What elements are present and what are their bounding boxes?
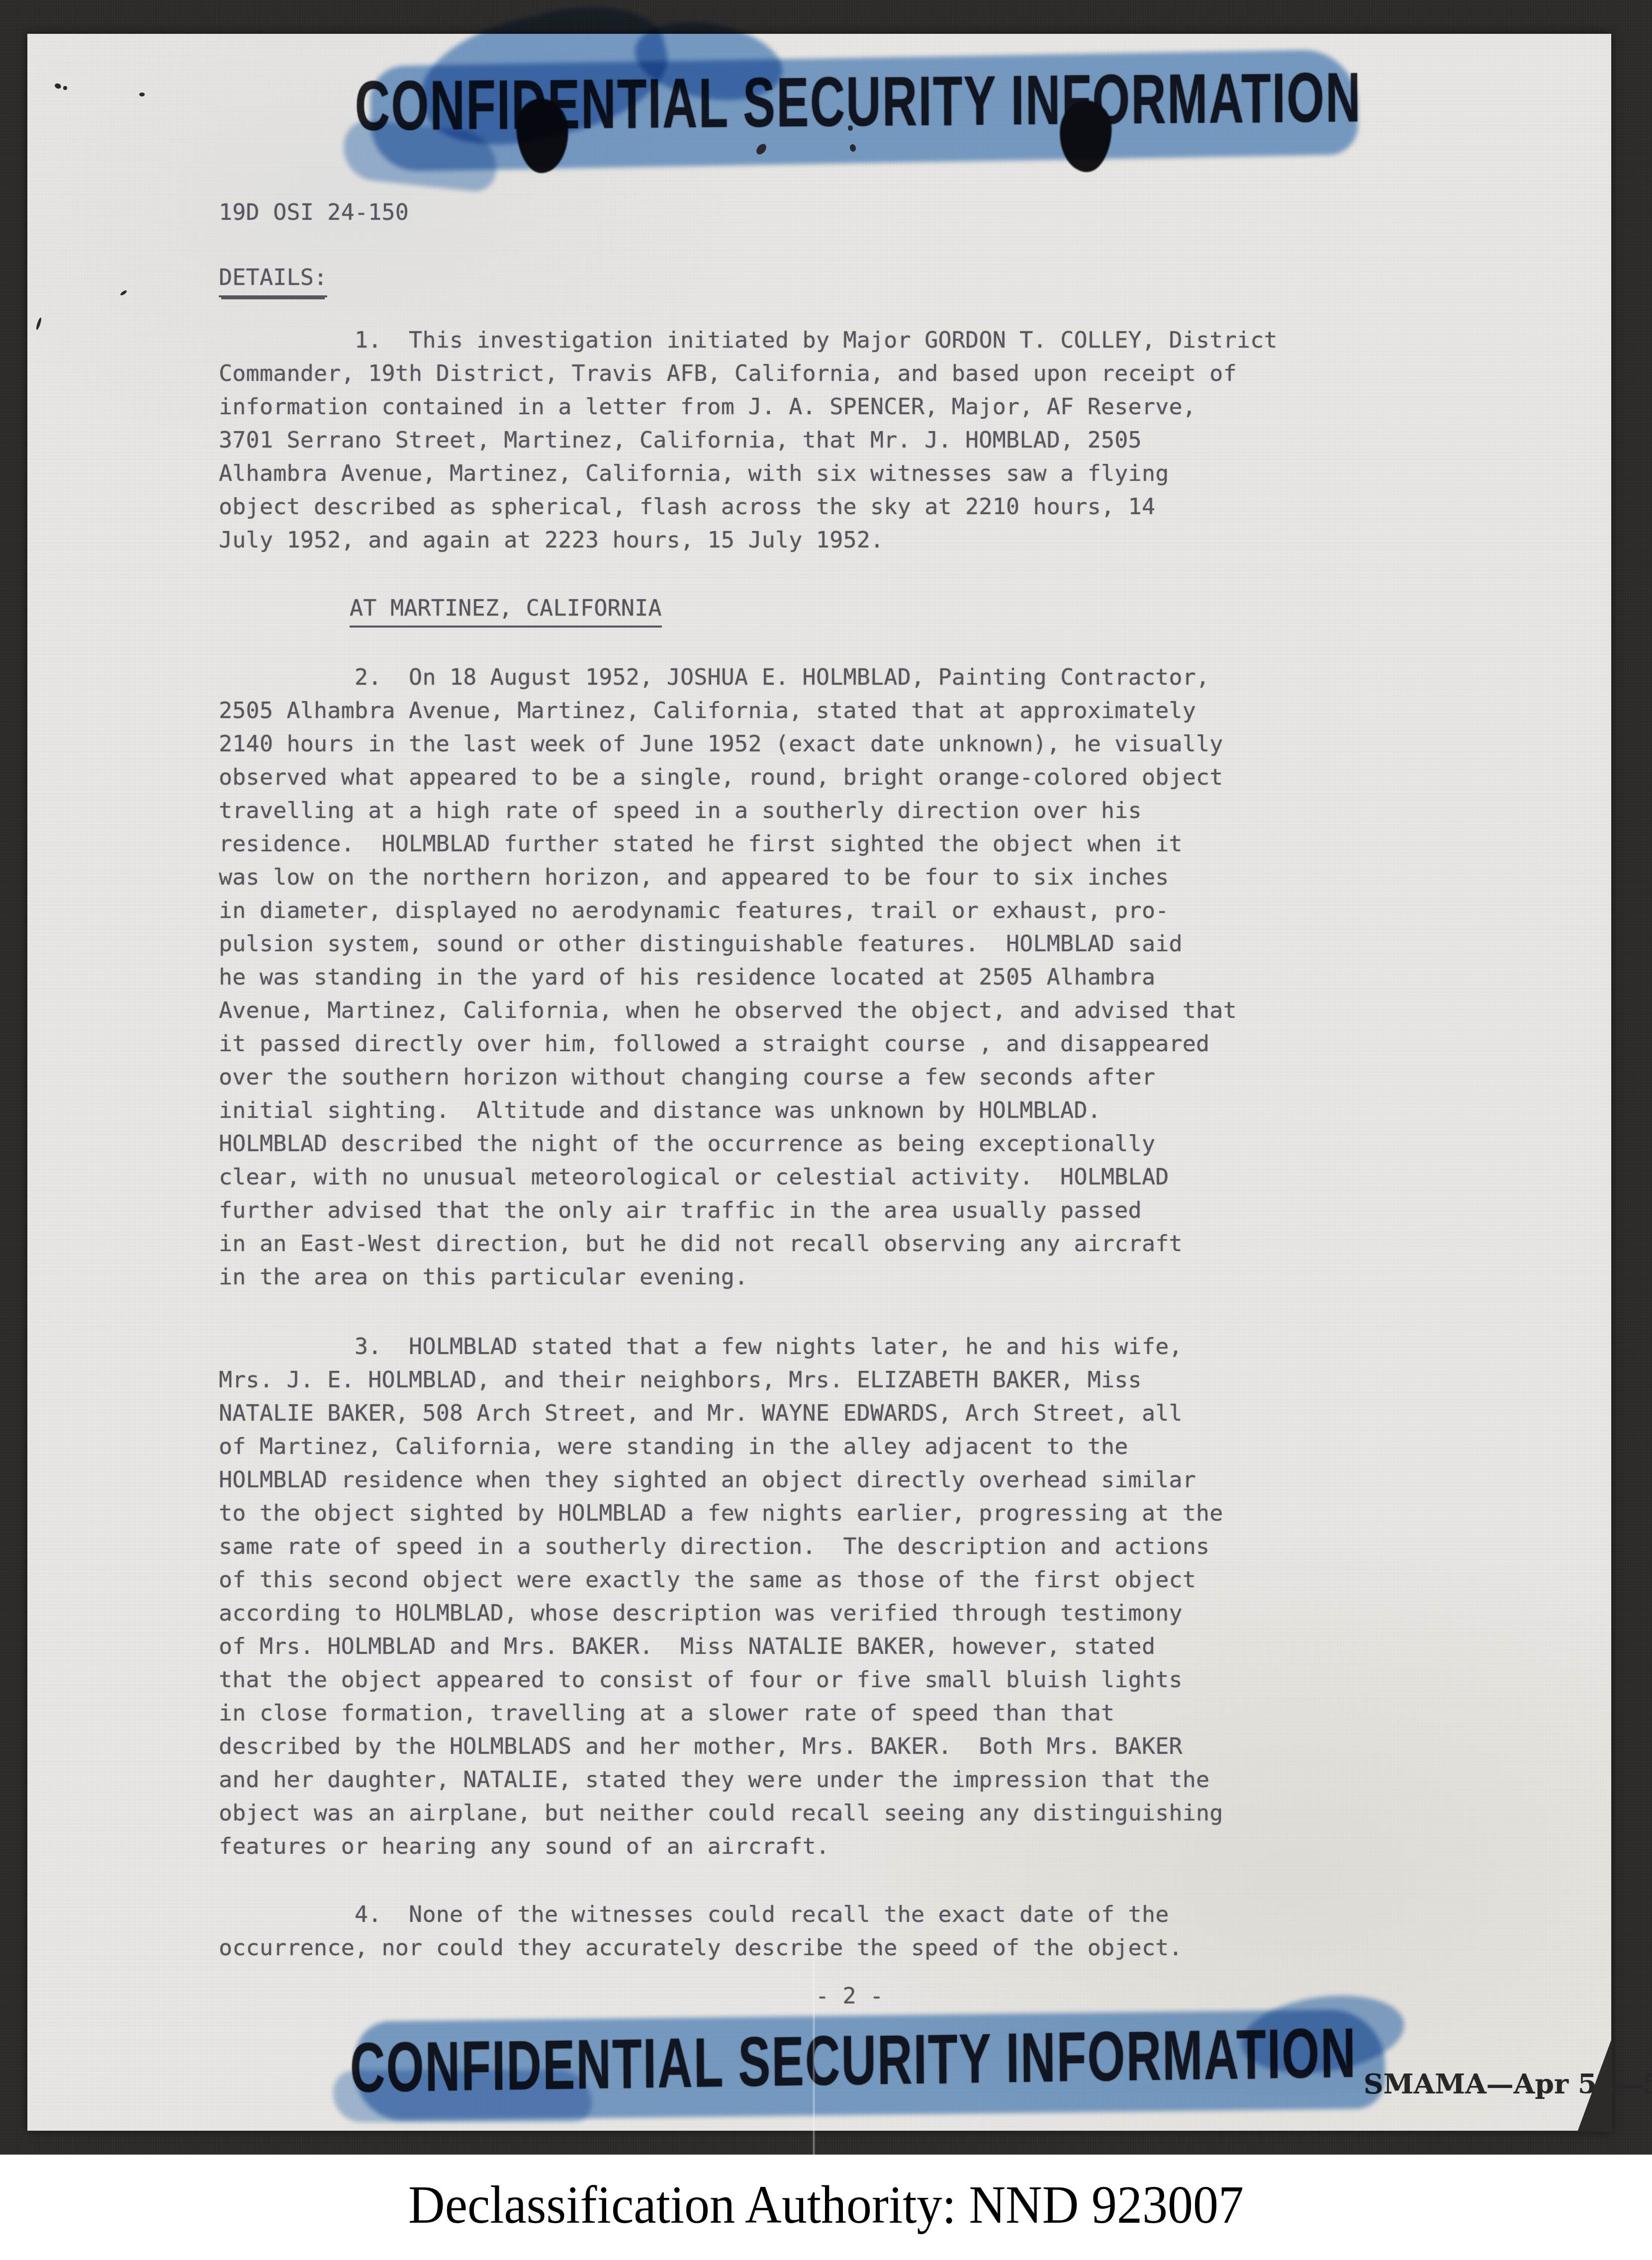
ink-speck bbox=[139, 92, 145, 96]
paragraph-4: 4. None of the witnesses could recall th… bbox=[219, 1898, 1571, 1964]
declassification-footer: Declassification Authority: NND 923007 bbox=[0, 2155, 1652, 2260]
details-heading: DETAILS: bbox=[219, 261, 1571, 297]
ink-speck bbox=[63, 86, 67, 90]
ink-speck bbox=[754, 142, 768, 157]
ink-speck bbox=[848, 125, 853, 131]
hole-punch-right bbox=[1059, 99, 1113, 173]
paragraph-3: 3. HOLMBLAD stated that a few nights lat… bbox=[219, 1330, 1571, 1863]
paper-crease bbox=[813, 1938, 815, 2162]
ink-speck bbox=[120, 289, 128, 296]
document-page: CONFIDENTIAL SECURITY INFORMATION 19D OS… bbox=[27, 34, 1611, 2131]
typewritten-body: 19D OSI 24-150 DETAILS: 1. This investig… bbox=[219, 195, 1571, 2012]
scanner-bed-background: CONFIDENTIAL SECURITY INFORMATION 19D OS… bbox=[0, 0, 1652, 2155]
page-number: - 2 - bbox=[219, 1979, 1571, 2012]
location-subheading: AT MARTINEZ, CALIFORNIA bbox=[219, 591, 1571, 628]
ink-speck bbox=[35, 317, 42, 331]
details-heading-label: DETAILS: bbox=[219, 261, 327, 297]
ink-speck bbox=[849, 144, 856, 153]
classification-stamp-bottom: CONFIDENTIAL SECURITY INFORMATION bbox=[259, 2016, 1448, 2104]
scanned-document-canvas: CONFIDENTIAL SECURITY INFORMATION 19D OS… bbox=[0, 0, 1652, 2260]
paragraph-1: 1. This investigation initiated by Major… bbox=[219, 323, 1571, 556]
paragraph-2: 2. On 18 August 1952, JOSHUA E. HOLMBLAD… bbox=[219, 660, 1571, 1293]
declassification-authority-text: Declassification Authority: NND 923007 bbox=[0, 2155, 1652, 2235]
ink-speck bbox=[54, 83, 62, 90]
location-subheading-label: AT MARTINEZ, CALIFORNIA bbox=[350, 591, 662, 628]
document-reference-number: 19D OSI 24-150 bbox=[219, 195, 1571, 229]
classification-stamp-top: CONFIDENTIAL SECURITY INFORMATION bbox=[264, 61, 1452, 141]
